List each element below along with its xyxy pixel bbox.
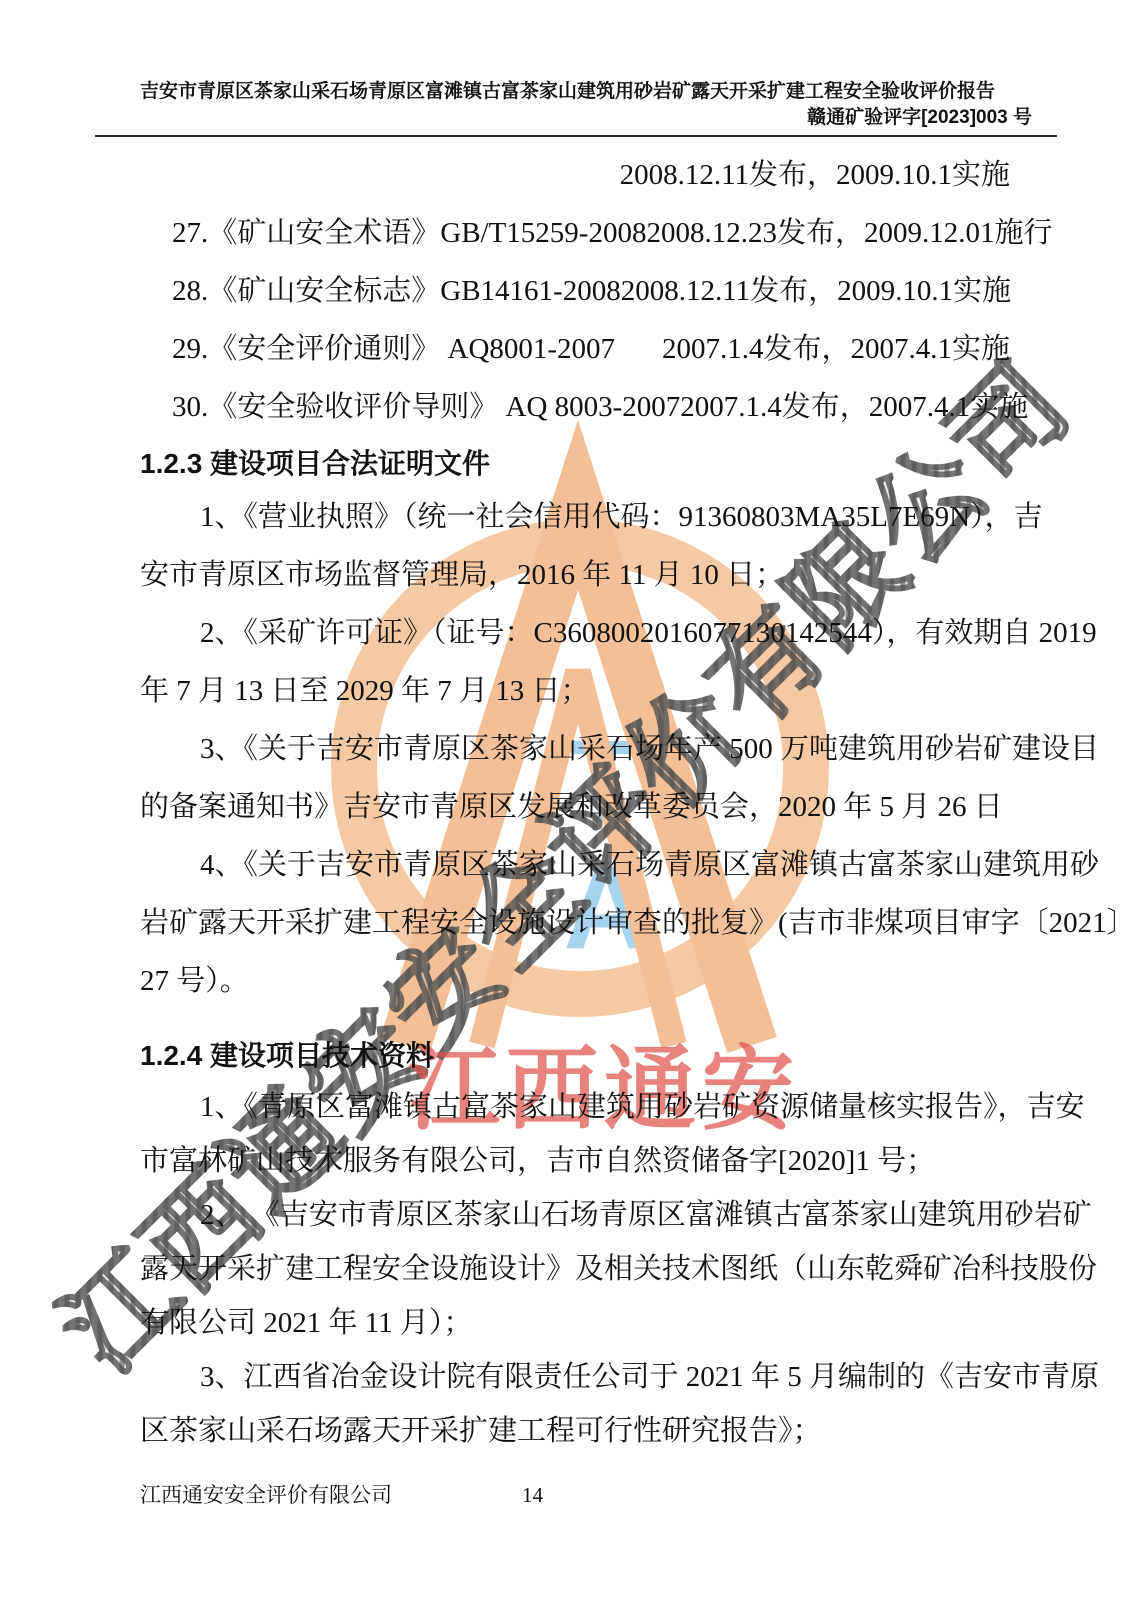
paragraph-line: 3、《关于吉安市青原区茶家山采石场年产 500 万吨建筑用砂岩矿建设目 (140, 720, 1010, 778)
section-123-body: 1、《营业执照》（统一社会信用代码：91360803MA35L7E69N），吉 … (140, 488, 1010, 1010)
paragraph-line: 年 7 月 13 日至 2029 年 7 月 13 日； (140, 662, 1010, 720)
footer-company-name: 江西通安安全评价有限公司 (140, 1482, 392, 1508)
standard-title: 28.《矿山安全标志》GB14161-2008 (140, 262, 621, 320)
paragraph-line: 27 号）。 (140, 952, 1010, 1010)
paragraph-line: 2、 《吉安市青原区茶家山石场青原区富滩镇古富茶家山建筑用砂岩矿 (140, 1188, 1010, 1242)
section-124-body: 1、《青原区富滩镇古富茶家山建筑用砂岩矿资源储量核实报告》，吉安 市富林矿山技术… (140, 1080, 1010, 1458)
standard-date: 2008.12.11发布，2009.10.1实施 (621, 262, 1011, 320)
standard-row: 27.《矿山安全术语》GB/T15259-2008 2008.12.23发布，2… (140, 204, 1010, 262)
standard-date: 2007.1.4发布，2007.4.1实施 (680, 378, 1028, 436)
paragraph-line: 市富林矿山技术服务有限公司，吉市自然资储备字[2020]1 号； (140, 1134, 1010, 1188)
paragraph-line: 有限公司 2021 年 11 月）； (140, 1296, 1010, 1350)
standard-row: 30.《安全验收评价导则》 AQ 8003-2007 2007.1.4发布，20… (140, 378, 1010, 436)
paragraph-line: 岩矿露天开采扩建工程安全设施设计审查的批复》(吉市非煤项目审字〔2021〕 (140, 894, 1010, 952)
paragraph-line: 4、《关于吉安市青原区茶家山采石场青原区富滩镇古富茶家山建筑用砂 (140, 836, 1010, 894)
paragraph-line: 1、《营业执照》（统一社会信用代码：91360803MA35L7E69N），吉 (140, 488, 1010, 546)
document-number: 赣通矿验评字[2023]003 号 (140, 106, 1032, 130)
standard-title: 27.《矿山安全术语》GB/T15259-2008 (140, 204, 646, 262)
paragraph-line: 的备案通知书》吉安市青原区发展和改革委员会，2020 年 5 月 26 日 (140, 778, 1010, 836)
paragraph-line: 3、江西省冶金设计院有限责任公司于 2021 年 5 月编制的《吉安市青原 (140, 1350, 1010, 1404)
standards-list: 2008.12.11发布，2009.10.1实施 27.《矿山安全术语》GB/T… (140, 146, 1010, 436)
paragraph-line: 1、《青原区富滩镇古富茶家山建筑用砂岩矿资源储量核实报告》，吉安 (140, 1080, 1010, 1134)
standard-date: 2008.12.23发布，2009.12.01施行 (646, 204, 1052, 262)
standard-title: 30.《安全验收评价导则》 AQ 8003-2007 (140, 378, 680, 436)
standard-row-carryover: 2008.12.11发布，2009.10.1实施 (140, 146, 1010, 204)
standard-date: 2008.12.11发布，2009.10.1实施 (620, 146, 1010, 204)
standard-date: 2007.1.4发布，2007.4.1实施 (662, 320, 1010, 378)
standard-title: 29.《安全评价通则》 AQ8001-2007 (140, 320, 615, 378)
paragraph-line: 区茶家山采石场露天开采扩建工程可行性研究报告》； (140, 1404, 1010, 1458)
header-divider (95, 135, 1057, 137)
section-heading-123: 1.2.3 建设项目合法证明文件 (140, 446, 1010, 482)
paragraph-line: 露天开采扩建工程安全设施设计》及相关技术图纸（山东乾舜矿冶科技股份 (140, 1242, 1010, 1296)
document-page: T A 江西通安安全评价有限公司 江西通安 吉安市青原区茶家山采石场青原区富滩镇… (0, 0, 1131, 1600)
paragraph-line: 2、《采矿许可证》（证号：C3608002016077130142544），有效… (140, 604, 1010, 662)
page-number: 14 (522, 1482, 543, 1508)
paragraph-line: 安市青原区市场监督管理局，2016 年 11 月 10 日； (140, 546, 1010, 604)
page-content: 吉安市青原区茶家山采石场青原区富滩镇古富茶家山建筑用砂岩矿露天开采扩建工程安全验… (140, 80, 1010, 1458)
standard-row: 29.《安全评价通则》 AQ8001-2007 2007.1.4发布，2007.… (140, 320, 1010, 378)
section-heading-124: 1.2.4 建设项目技术资料 (140, 1038, 1010, 1074)
report-title-header: 吉安市青原区茶家山采石场青原区富滩镇古富茶家山建筑用砂岩矿露天开采扩建工程安全验… (140, 80, 1010, 104)
standard-row: 28.《矿山安全标志》GB14161-2008 2008.12.11发布，200… (140, 262, 1010, 320)
